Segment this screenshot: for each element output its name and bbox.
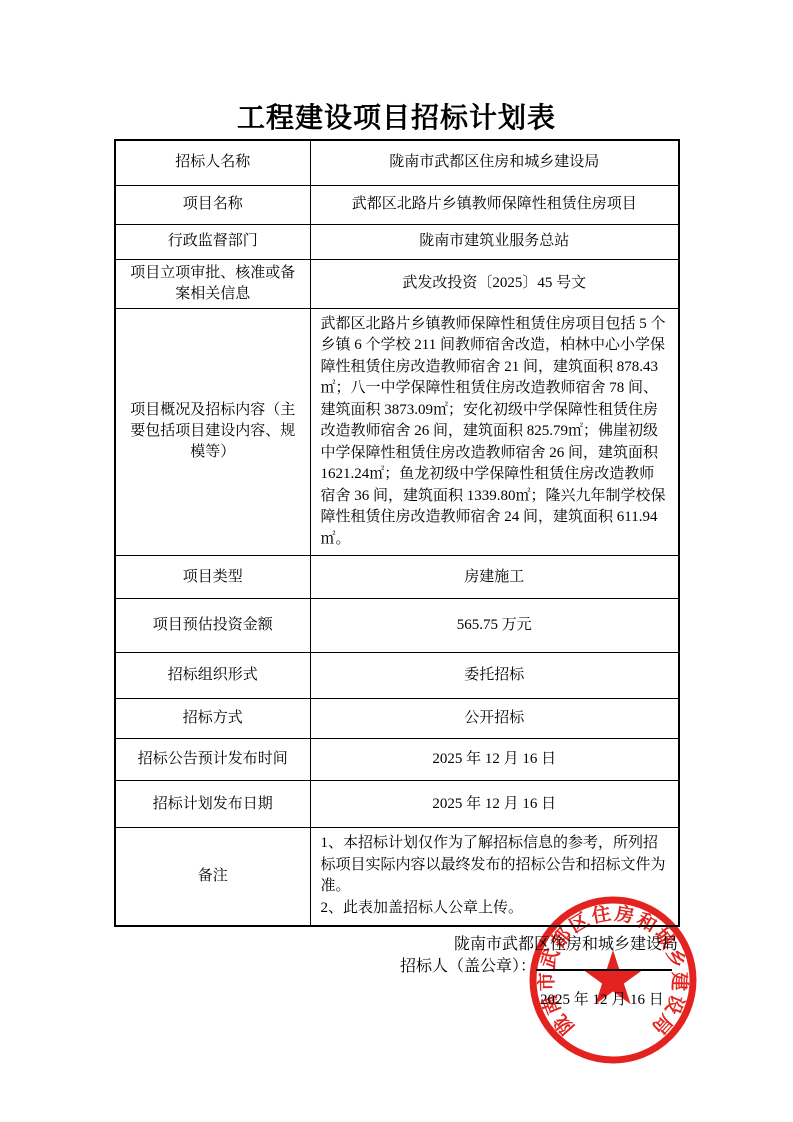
table-row: 招标人名称 陇南市武都区住房和城乡建设局 [115, 140, 679, 185]
row-value-remarks: 1、本招标计划仅作为了解招标信息的参考，所列招标项目实际内容以最终发布的招标公告… [310, 828, 679, 926]
row-label-bidding-method: 招标方式 [115, 699, 310, 739]
table-row: 招标方式 公开招标 [115, 699, 679, 739]
row-label-project-overview: 项目概况及招标内容（主要包括项目建设内容、规模等） [115, 308, 310, 556]
row-value-organization-form: 委托招标 [310, 653, 679, 699]
row-value-supervision-dept: 陇南市建筑业服务总站 [310, 224, 679, 259]
row-value-project-type: 房建施工 [310, 556, 679, 599]
row-label-plan-publish-date: 招标计划发布日期 [115, 781, 310, 828]
table-row: 行政监督部门 陇南市建筑业服务总站 [115, 224, 679, 259]
row-value-bidder-name: 陇南市武都区住房和城乡建设局 [310, 140, 679, 185]
row-label-project-type: 项目类型 [115, 556, 310, 599]
table-row: 项目名称 武都区北路片乡镇教师保障性租赁住房项目 [115, 185, 679, 224]
document-page: 工程建设项目招标计划表 招标人名称 陇南市武都区住房和城乡建设局 项目名称 武都… [0, 0, 793, 1122]
row-label-supervision-dept: 行政监督部门 [115, 224, 310, 259]
table-row: 项目概况及招标内容（主要包括项目建设内容、规模等） 武都区北路片乡镇教师保障性租… [115, 308, 679, 556]
row-label-organization-form: 招标组织形式 [115, 653, 310, 699]
row-value-announcement-time: 2025 年 12 月 16 日 [310, 739, 679, 781]
row-label-project-name: 项目名称 [115, 185, 310, 224]
table-row: 项目立项审批、核准或备案相关信息 武发改投资〔2025〕45 号文 [115, 259, 679, 308]
row-label-remarks: 备注 [115, 828, 310, 926]
table-row: 项目预估投资金额 565.75 万元 [115, 599, 679, 653]
bidding-plan-table: 招标人名称 陇南市武都区住房和城乡建设局 项目名称 武都区北路片乡镇教师保障性租… [114, 139, 680, 927]
table-row: 招标公告预计发布时间 2025 年 12 月 16 日 [115, 739, 679, 781]
table-row: 备注 1、本招标计划仅作为了解招标信息的参考，所列招标项目实际内容以最终发布的招… [115, 828, 679, 926]
row-value-plan-publish-date: 2025 年 12 月 16 日 [310, 781, 679, 828]
row-value-estimated-investment: 565.75 万元 [310, 599, 679, 653]
signature-underline [536, 954, 672, 971]
table-row: 招标组织形式 委托招标 [115, 653, 679, 699]
signature-date: 2025 年 12 月 16 日 [540, 988, 664, 1009]
row-value-approval-info: 武发改投资〔2025〕45 号文 [310, 259, 679, 308]
row-label-announcement-time: 招标公告预计发布时间 [115, 739, 310, 781]
row-label-estimated-investment: 项目预估投资金额 [115, 599, 310, 653]
page-title: 工程建设项目招标计划表 [0, 96, 793, 136]
row-label-approval-info: 项目立项审批、核准或备案相关信息 [115, 259, 310, 308]
row-value-bidding-method: 公开招标 [310, 699, 679, 739]
signature-label: 招标人（盖公章）： [400, 958, 536, 975]
row-label-bidder-name: 招标人名称 [115, 140, 310, 185]
table-row: 招标计划发布日期 2025 年 12 月 16 日 [115, 781, 679, 828]
signature-line: 招标人（盖公章）： [400, 953, 672, 976]
table-row: 项目类型 房建施工 [115, 556, 679, 599]
row-value-project-overview: 武都区北路片乡镇教师保障性租赁住房项目包括 5 个乡镇 6 个学校 211 间教… [310, 308, 679, 556]
signature-org: 陇南市武都区住房和城乡建设局 [0, 931, 678, 954]
row-value-project-name: 武都区北路片乡镇教师保障性租赁住房项目 [310, 185, 679, 224]
